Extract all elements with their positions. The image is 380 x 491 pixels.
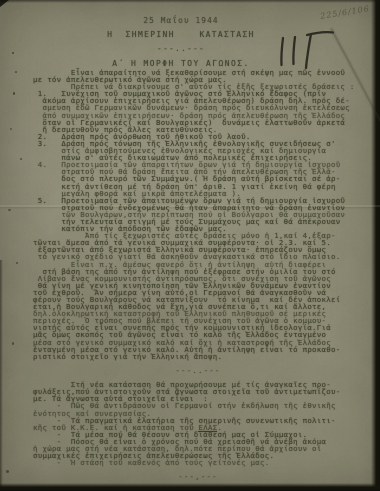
body-line: φέρουν τούς Βουλγάρους νά καταπνίξουν τό… bbox=[33, 296, 363, 303]
body-line: ριστικό στοιχεῖο γιά τήν Ἑλληνική ἄποψη. bbox=[33, 353, 363, 360]
photo-edge-right bbox=[371, 0, 380, 491]
dust-speck bbox=[20, 158, 22, 160]
body-line: Πρέπει νά διακρίνουμε σ' αὐτόν τίς ἑξῆς … bbox=[33, 83, 363, 90]
body-line: Στή νέα κατάσταση θά προχωρήσουμε μέ τίς… bbox=[33, 381, 363, 388]
photo-edge-left bbox=[0, 260, 3, 491]
body-line: ἀπό συμμαχικῶν ἐπιχειρήσεων· δράση πρός … bbox=[33, 112, 363, 119]
body-line: κῆς τοῦ Κ.Κ.Ε. καί ἡ κατάσταση τοῦ ΕΛΑΣ. bbox=[33, 424, 363, 431]
body-line: - Ἡ στάση τοῦ καθενός ἀπό τούς γείτονές … bbox=[33, 459, 363, 466]
body-line: μεγάλη φθορά καί μικρά ἀποτελέσματα ). bbox=[33, 190, 363, 197]
underline-mark bbox=[198, 431, 217, 432]
photo-edge-bottom bbox=[0, 483, 380, 491]
photo-edge-top bbox=[0, 0, 380, 3]
dust-speck bbox=[12, 342, 14, 345]
handwritten-mark-11-gamma bbox=[262, 26, 346, 78]
body-line: ἡ χώρα μας στή νέα κατάσταση, δηλ.πότε π… bbox=[33, 445, 363, 452]
body-line: τῶν Βουλγάρων,στήν περίπτωση πού οἱ Βούλ… bbox=[33, 211, 363, 218]
body-line: τῶνται ἄμεσα ἀπό τά γενικά συμμαχικά συμ… bbox=[33, 239, 363, 246]
dust-speck bbox=[13, 92, 15, 95]
dust-speck bbox=[10, 128, 12, 130]
body-text: Εἶναι ἀπαραίτητο νά ξεκαθαρίσουμε στή σκ… bbox=[33, 69, 363, 480]
body-line: ἤ δεσμευθοῦν πρός ἄλλες κατευθύνσεις. bbox=[33, 126, 363, 133]
text-divider: ---..--- bbox=[33, 367, 363, 374]
dust-speck bbox=[15, 71, 17, 73]
body-line: στρατοῦ πού θά δράση ἔπειτα ἀπό τήν ἀπελ… bbox=[33, 168, 363, 175]
photo-corner-dark bbox=[0, 0, 9, 7]
document-page: 25 Μαΐου 1944 Η ΣΗΜΕΡΙΝΗ ΚΑΤΑΣΤΑΣΗ ---..… bbox=[0, 0, 380, 491]
dust-speck bbox=[8, 209, 11, 211]
body-line: Λίβανο ἕνας κομμουνιστής ἀντιπρόσωπος, ὅ… bbox=[33, 275, 363, 282]
text-divider: ---,--- bbox=[33, 473, 363, 480]
document-date: 25 Μαΐου 1944 bbox=[0, 16, 362, 25]
body-line: νιστής αὐτός εἶναι συνεπής πρός τήν κομμ… bbox=[33, 324, 363, 331]
dust-speck bbox=[16, 262, 18, 264]
dust-speck bbox=[6, 470, 9, 473]
body-line: ἑνότητος καί συνεργασίας. bbox=[33, 410, 363, 417]
body-line: μέσα στό γενικό συμμαχικό καλό καί ὄχι ἡ… bbox=[33, 339, 363, 346]
